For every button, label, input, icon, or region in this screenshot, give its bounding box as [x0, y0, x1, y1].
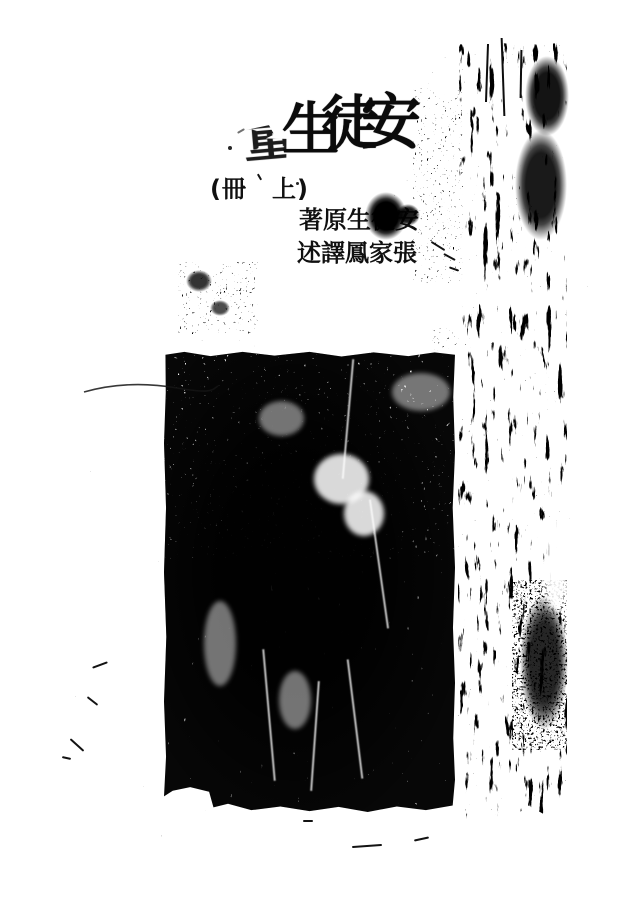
scanned-book-cover: 童 生 徒 安 (冊 上) 著 原 生 徒 安 述 譯 鳳 家 張 — [0, 0, 640, 906]
credit-char: 鳳 — [345, 240, 369, 266]
gutter-ink-mass — [525, 56, 569, 136]
title-char: 安 — [361, 93, 421, 153]
smudge-above-plate — [185, 328, 265, 348]
credit-char: 譯 — [321, 240, 345, 266]
credit-char: 原 — [323, 207, 347, 233]
speckle-right-margin — [567, 230, 593, 550]
smudge-left-of-gutter — [428, 45, 463, 95]
plate-highlight — [344, 491, 384, 536]
plate-highlight — [392, 373, 450, 411]
plate-highlight — [259, 401, 304, 436]
dust-speckle — [55, 640, 215, 840]
wavy-scratch-line — [82, 380, 222, 398]
plate-highlight — [279, 671, 311, 729]
ink-blot — [186, 270, 212, 292]
credit-char: 述 — [297, 240, 321, 266]
smudge-plate-corner — [432, 328, 460, 352]
smudge-left-of-gutter — [413, 88, 463, 283]
ink-speck — [296, 182, 299, 185]
dust-speckle — [70, 415, 165, 630]
ink-speck — [228, 146, 232, 150]
ink-scratch — [303, 820, 313, 822]
gutter-white-gap — [545, 520, 567, 610]
gutter-ink-mass — [515, 130, 567, 240]
ink-blot — [210, 300, 230, 316]
smudge-near-credits — [390, 168, 420, 283]
credit-char: 著 — [299, 207, 323, 233]
